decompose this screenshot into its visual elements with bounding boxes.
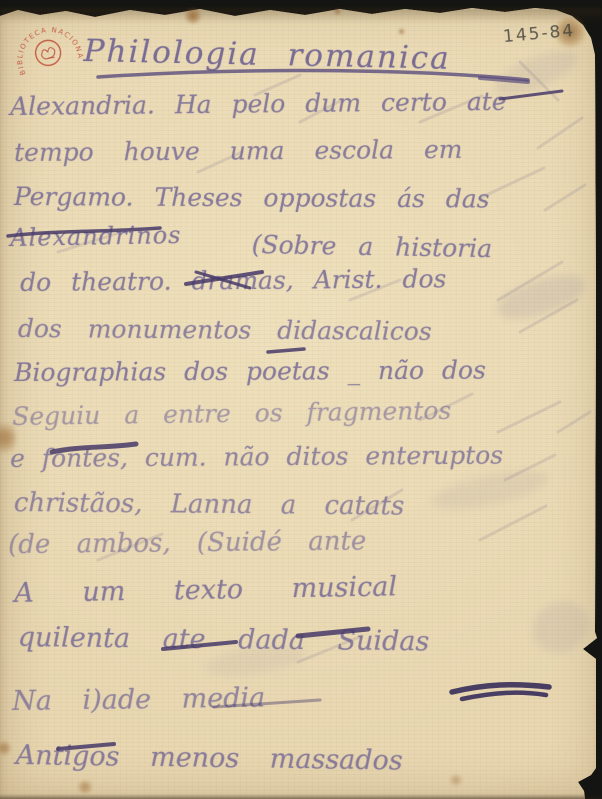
manuscript-line: Alexandria. Ha pelo dum certo ate (10, 87, 507, 121)
manuscript-line: dos monumentos didascalicos (18, 314, 432, 346)
manuscript-line: do theatro. dramas, Arist. dos (20, 264, 446, 297)
bottom-edge-shadow (0, 794, 602, 799)
fox-spot (398, 28, 405, 35)
manuscript-line: Na i)ade media (12, 682, 265, 717)
torn-edge-shadow (0, 8, 602, 23)
fox-spot (334, 8, 341, 15)
manuscript-line: tempo houve uma escola em (14, 135, 463, 167)
manuscript-line: Pergamo. Theses oppostas ás das (14, 182, 490, 213)
scanned-manuscript-page: BIBLIOTECA NACIONAL 145-84 Philologia ro… (0, 0, 602, 799)
manuscript-line: Seguiu a entre os fragmentos (12, 396, 451, 431)
manuscript-title: Philologia romanica (83, 33, 451, 77)
stamp-emblem-icon (40, 47, 56, 61)
manuscript-line: christãos, Lanna a catats (14, 488, 405, 521)
manuscript-line: (de ambos, (Suidé ante (8, 526, 366, 560)
manuscript-line: quilenta ate dada Suidas (18, 622, 430, 657)
manuscript-line: Biographias dos poetas _ não dos (14, 356, 486, 387)
manuscript-line: e fontes, cum. não ditos enteruptos (10, 441, 503, 473)
fox-spot (76, 780, 94, 794)
fox-spot (448, 774, 464, 786)
manuscript-line: Alexandrinos (10, 221, 182, 252)
manuscript-line: (Sobre a historia (251, 230, 492, 263)
manuscript-line: Antigos menos massados (16, 740, 403, 776)
fox-spot (184, 8, 202, 24)
